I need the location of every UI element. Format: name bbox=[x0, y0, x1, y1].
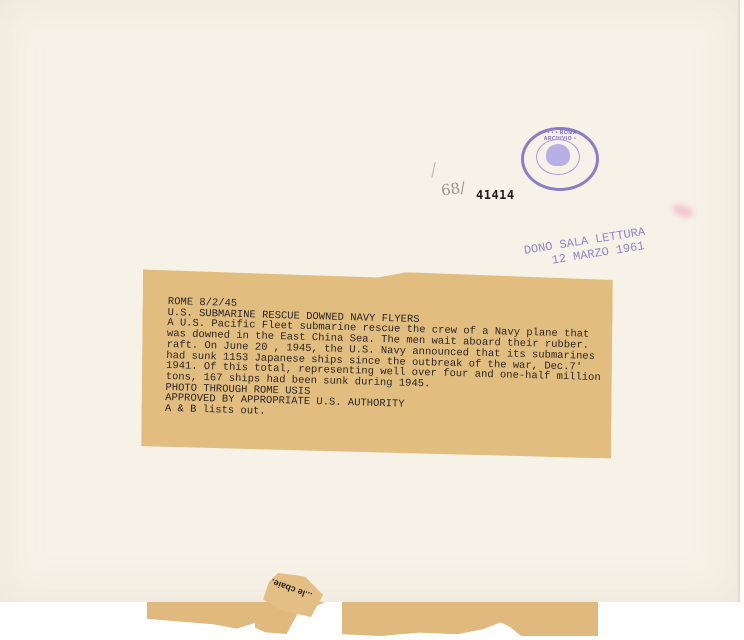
paper-tab-left bbox=[147, 602, 259, 630]
archive-number: 41414 bbox=[476, 188, 515, 202]
circular-archive-stamp: • • • • • ROMA • ARCHIVIO • bbox=[521, 127, 599, 191]
paper-tab-right bbox=[342, 602, 598, 636]
shield-emblem-icon bbox=[546, 144, 570, 166]
pencil-note: 68/ bbox=[440, 178, 466, 199]
caption-text: ROME 8/2/45U.S. SUBMARINE RESCUE DOWNED … bbox=[165, 297, 608, 427]
